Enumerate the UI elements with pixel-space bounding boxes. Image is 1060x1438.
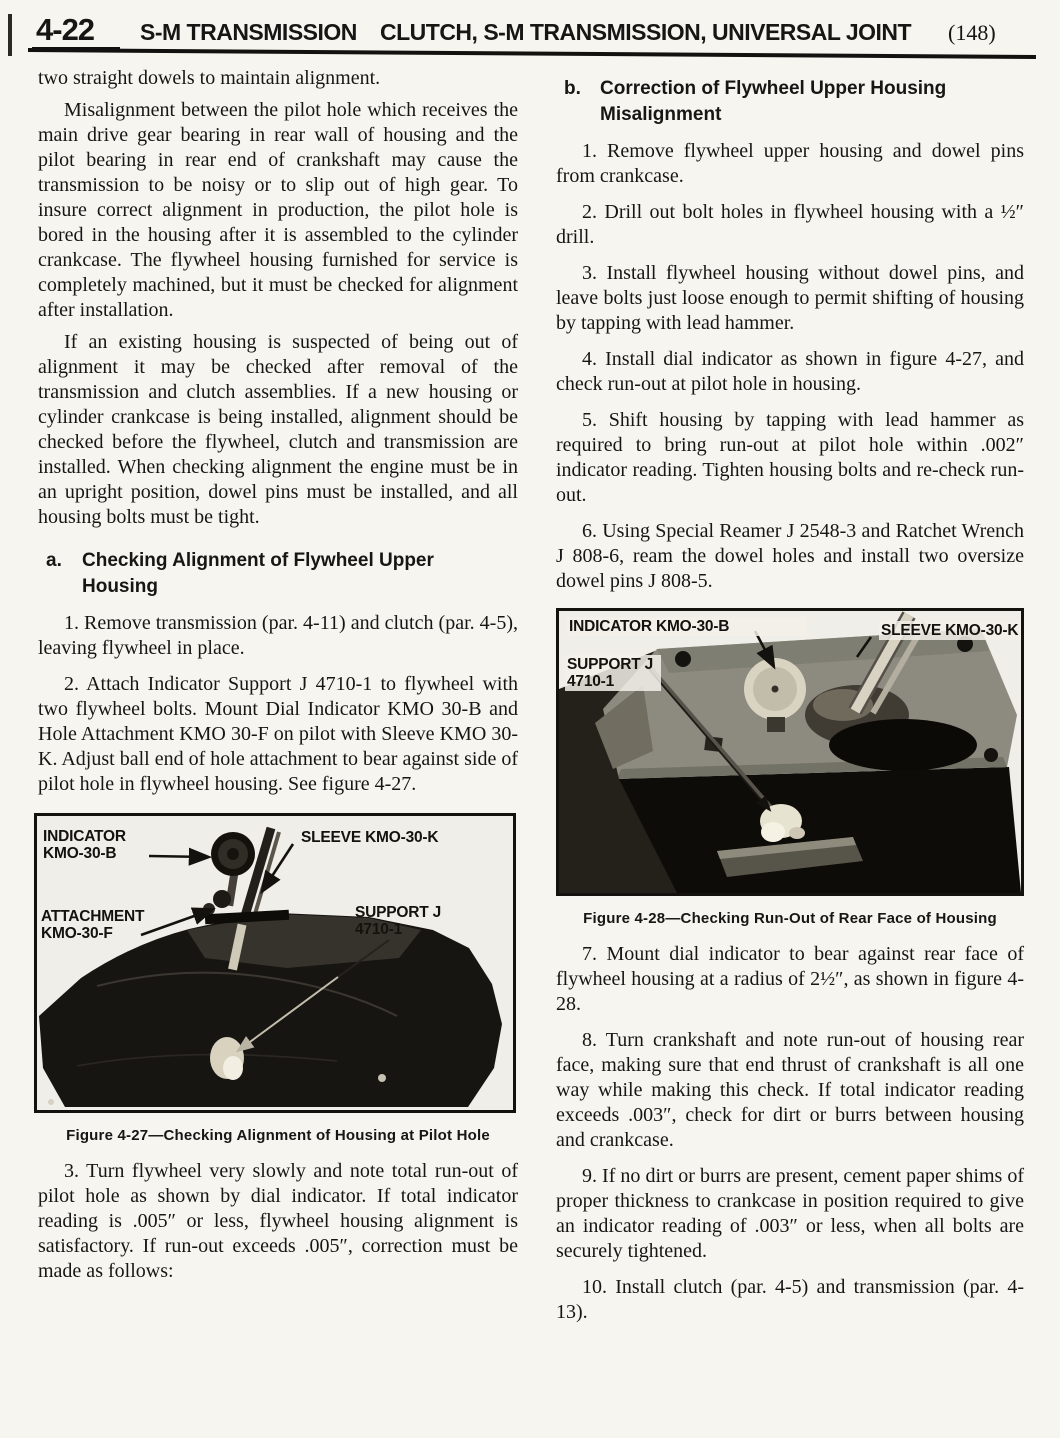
figure-4-28-caption: Figure 4-28—Checking Run-Out of Rear Fac… <box>556 910 1024 928</box>
header-rule <box>28 48 1036 59</box>
step-item: 1. Remove transmission (par. 4-11) and c… <box>38 611 518 661</box>
step-item: 4. Install dial indicator as shown in fi… <box>556 347 1024 397</box>
section-b-heading: b. Correction of Flywheel Upper Housing … <box>556 76 1024 128</box>
step-item: 2. Attach Indicator Support J 4710-1 to … <box>38 672 518 797</box>
fig28-label-indicator: INDICATOR KMO-30-B <box>567 617 807 636</box>
section-a-heading: a. Checking Alignment of Flywheel Upper … <box>38 548 518 600</box>
page-number: 4-22 <box>36 12 94 48</box>
figure-4-28-illustration <box>559 611 1021 893</box>
fig27-label-support: SUPPORT J 4710-1 <box>355 904 455 938</box>
page-header: 4-22 S-M TRANSMISSION CLUTCH, S-M TRANSM… <box>0 0 1060 62</box>
fig27-label-indicator: INDICATOR KMO-30-B <box>43 828 155 862</box>
section-b-title: Correction of Flywheel Upper Housing Mis… <box>600 76 972 128</box>
figure-4-28-photo: INDICATOR KMO-30-B SUPPORT J 4710-1 SLEE… <box>556 608 1024 896</box>
header-section-title: S-M TRANSMISSION <box>140 19 357 46</box>
mount-shadow <box>829 719 977 771</box>
section-a-title: Checking Alignment of Flywheel Upper Hou… <box>82 548 454 600</box>
step-item: 7. Mount dial indicator to bear against … <box>556 942 1024 1017</box>
bolt-hole <box>675 651 691 667</box>
fig28-label-support: SUPPORT J 4710-1 <box>565 655 661 691</box>
figure-4-27-caption: Figure 4-27—Checking Alignment of Housin… <box>38 1127 518 1145</box>
section-b-label: b. <box>556 76 600 128</box>
bolt-hole <box>984 748 998 762</box>
step-item: 8. Turn crankshaft and note run-out of h… <box>556 1028 1024 1153</box>
header-chapter-title: CLUTCH, S-M TRANSMISSION, UNIVERSAL JOIN… <box>380 19 911 46</box>
step-item: 2. Drill out bolt holes in flywheel hous… <box>556 200 1024 250</box>
section-a-label: a. <box>38 548 82 600</box>
step-item: 6. Using Special Reamer J 2548-3 and Rat… <box>556 519 1024 594</box>
step-item: 5. Shift housing by tapping with lead ha… <box>556 408 1024 508</box>
fig28-label-sleeve: SLEEVE KMO-30-K <box>879 621 1023 640</box>
step-item: 9. If no dirt or burrs are present, ceme… <box>556 1164 1024 1264</box>
header-page-ref: (148) <box>948 20 996 46</box>
step-item: 1. Remove flywheel upper housing and dow… <box>556 139 1024 189</box>
paragraph-misalignment: Misalignment between the pilot hole whic… <box>38 98 518 323</box>
fig27-label-attachment: ATTACHMENT KMO-30-F <box>41 908 173 942</box>
paragraph-continuation: two straight dowels to maintain alignmen… <box>38 66 518 91</box>
right-column: b. Correction of Flywheel Upper Housing … <box>556 66 1024 1325</box>
step-item: 3. Install flywheel housing without dowe… <box>556 261 1024 336</box>
indicator-leader-arrow <box>149 856 207 857</box>
step-item: 10. Install clutch (par. 4-5) and transm… <box>556 1275 1024 1325</box>
paragraph-existing-housing: If an existing housing is suspected of b… <box>38 330 518 530</box>
figure-4-27-photo: INDICATOR KMO-30-B ATTACHMENT KMO-30-F S… <box>34 813 516 1113</box>
scan-edge-artifact <box>8 14 12 56</box>
fig27-label-sleeve: SLEEVE KMO-30-K <box>301 829 501 846</box>
step-item: 3. Turn flywheel very slowly and note to… <box>38 1159 518 1284</box>
left-column: two straight dowels to maintain alignmen… <box>38 66 518 1284</box>
